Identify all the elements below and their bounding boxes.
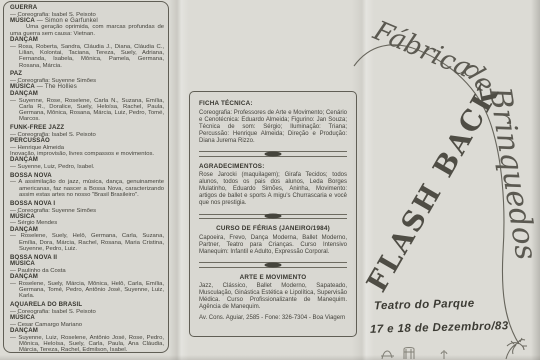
fold-crease-left (169, 0, 189, 360)
program-heading: DANÇAM (10, 157, 164, 164)
program-heading: MÚSICA (10, 214, 164, 221)
program-heading: DANÇAM (10, 37, 164, 44)
program-line: — Roselene, Suely, Márcia, Mônica, Helô,… (10, 281, 164, 300)
program-heading-detail: — The Hollies (35, 83, 77, 90)
program-line: — Suyenne, Luiz, Roselene, Antônio José,… (10, 335, 164, 353)
program-section: BOSSA NOVA I— Coreografia: Suyenne Simõe… (10, 201, 164, 252)
program-line: — Rosa, Roberta, Sandra, Cláudia J., Dia… (10, 44, 164, 69)
program-section: BOSSA NOVA IIMÚSICA— Paulinho da CostaDA… (10, 255, 164, 300)
program-heading: GUERRA (10, 5, 164, 12)
address-line: Av. Cons. Aguiar, 2585 - Fone: 326-7304 … (199, 315, 347, 322)
divider-dot-icon (265, 151, 282, 156)
section-divider (199, 151, 347, 157)
agradecimentos-title: AGRADECIMENTOS: (199, 163, 347, 170)
scanned-program-brochure: { "program": { "sections": [ {"blocks": … (0, 0, 540, 360)
info-box: FICHA TÉCNICA: Coreografia: Professores … (189, 91, 357, 337)
program-section: FUNK-FREE JAZZ— Coreografia: Isabel S. P… (10, 125, 164, 170)
program-credits-box: GUERRA— Coreografia: Isabel S. PeixotoMÚ… (3, 1, 169, 353)
divider-dot-icon (265, 262, 282, 267)
program-heading: AQUARELA DO BRASIL (10, 302, 164, 309)
section-divider (199, 214, 347, 220)
section-divider (199, 262, 347, 268)
bottom-sketch-plant (486, 337, 530, 360)
program-line: — Suyenne, Rose, Roselene, Carla N., Suz… (10, 98, 164, 123)
program-heading: BOSSA NOVA (10, 173, 164, 180)
program-section: PAZ— Coreografia: Suyenne SimõesMÚSICA —… (10, 71, 164, 122)
divider-dot-icon (265, 214, 282, 219)
program-section: BOSSA NOVA— A assimilação do jazz, músic… (10, 173, 164, 198)
curso-ferias-title: CURSO DE FÉRIAS (JANEIRO/1984) (199, 225, 347, 232)
program-heading: DANÇAM (10, 328, 164, 335)
curso-ferias-body: Capoeira, Frevo, Dança Moderna, Ballet M… (199, 235, 347, 256)
program-heading: DANÇAM (10, 227, 164, 234)
program-heading: DANÇAM (10, 274, 164, 281)
program-heading-detail: — Simon e Garfunkel (35, 17, 98, 24)
program-heading: FUNK-FREE JAZZ (10, 125, 164, 132)
program-heading: MÚSICA (10, 315, 164, 322)
arte-movimento-body: Jazz, Clássico, Ballet Moderno, Sapatead… (199, 283, 347, 311)
program-heading: MÚSICA (10, 261, 164, 268)
program-line: — A assimilação do jazz, música, dança, … (10, 179, 164, 198)
program-heading: PAZ (10, 71, 164, 78)
program-heading: BOSSA NOVA I (10, 201, 164, 208)
program-section: GUERRA— Coreografia: Isabel S. PeixotoMÚ… (10, 5, 164, 69)
ficha-tecnica-body: Coreografia: Professores de Arte e Movim… (199, 110, 347, 145)
program-section: AQUARELA DO BRASIL— Coreografia: Isabel … (10, 302, 164, 353)
ficha-tecnica-title: FICHA TÉCNICA: (199, 100, 347, 107)
program-line: — Roselene, Suely, Helô, Germana, Carla,… (10, 233, 164, 252)
program-heading: MÚSICA — Simon e Garfunkel (10, 18, 164, 25)
program-line: — Suyenne, Luiz, Pedro, Isabel. (10, 164, 164, 170)
agradecimentos-body: Rose Jarocki (maquilagem); Girafa Tecido… (199, 172, 347, 207)
program-heading: DANÇAM (10, 91, 164, 98)
bottom-sketch-left (380, 345, 485, 360)
program-heading: PERCUSSÃO (10, 138, 164, 145)
arte-movimento-title: ARTE E MOVIMENTO (199, 274, 347, 281)
